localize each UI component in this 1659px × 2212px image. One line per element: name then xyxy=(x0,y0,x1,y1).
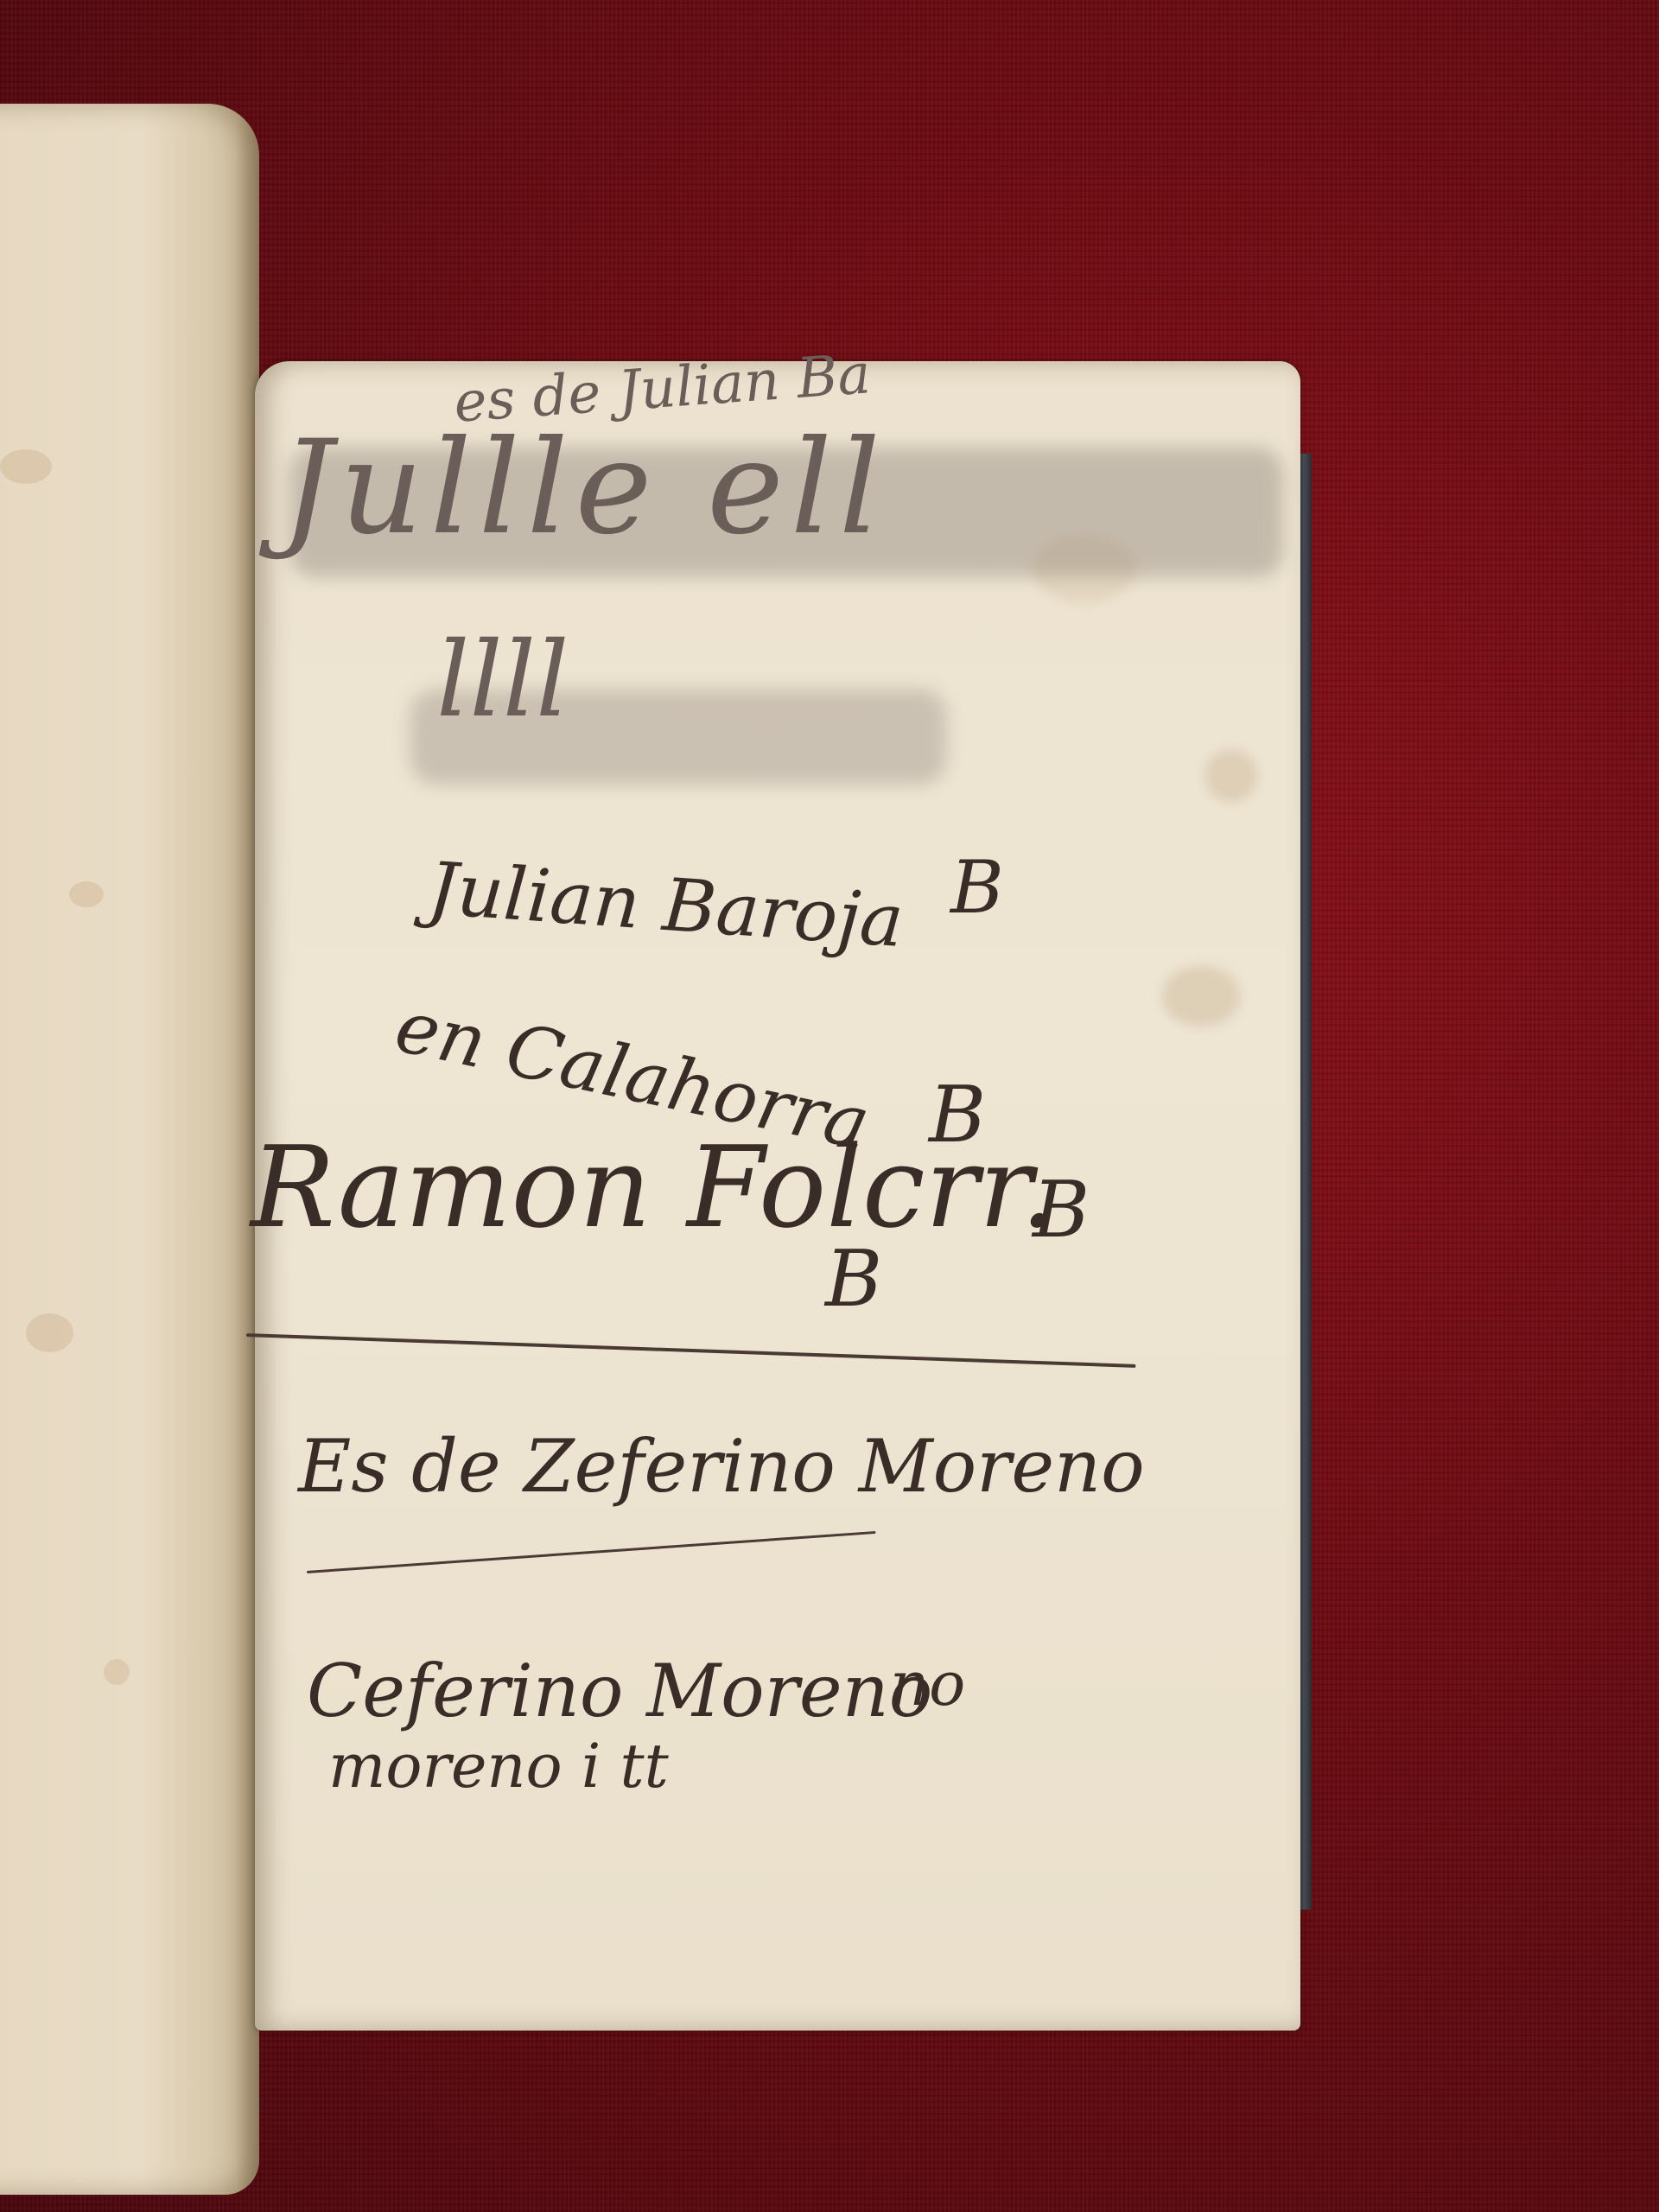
inscription-scribble-2: llll xyxy=(436,620,569,741)
inscription-moreno-2: moreno i tt xyxy=(328,1731,669,1802)
flourish-underline xyxy=(307,1531,876,1573)
mark-b-4: B xyxy=(825,1234,882,1325)
inscription-scribble-1: Jullle ell xyxy=(281,413,887,563)
mark-b-1: B xyxy=(950,845,1004,930)
flyleaf-page: es de Julian Ba Jullle ell llll Julian B… xyxy=(255,361,1300,2031)
mark-b-3: B xyxy=(1033,1165,1090,1255)
divider-rule xyxy=(246,1333,1136,1368)
inscription-ceferino-moreno: Ceferino Moreno xyxy=(307,1649,932,1733)
inscription-suffix-no: no xyxy=(890,1649,965,1719)
inscription-julian-baroja: Julian Baroja xyxy=(425,846,906,963)
inscription-es-de-zeferino: Es de Zeferino Moreno xyxy=(298,1424,1145,1509)
left-page xyxy=(0,104,259,2195)
mark-b-2: B xyxy=(929,1070,986,1160)
